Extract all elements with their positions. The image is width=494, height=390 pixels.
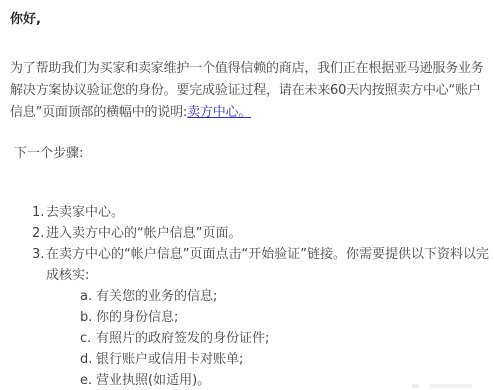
- item-letter: e.: [80, 370, 92, 390]
- item-text: 有照片的政府签发的身份证件;: [96, 331, 269, 346]
- next-steps-heading: 下一个步骤:: [14, 142, 83, 161]
- item-letter: b.: [80, 307, 92, 328]
- item-text: 营业执照(如适用)。: [96, 373, 210, 388]
- step-item: 2. 进入卖方中心的“帐户信息”页面。: [32, 223, 492, 244]
- document-item: d. 银行账户或信用卡对账单;: [80, 349, 492, 370]
- step-number: 3.: [32, 244, 44, 265]
- step-number: 2.: [32, 223, 44, 244]
- document-item: a. 有关您的业务的信息;: [80, 286, 492, 307]
- item-text: 银行账户或信用卡对账单;: [96, 352, 243, 367]
- step-item: 3. 在卖方中心的“帐户信息”页面点击“开始验证”链接。你需要提供以下资料以完成…: [32, 244, 492, 390]
- item-letter: d.: [80, 349, 92, 370]
- item-text: 有关您的业务的信息;: [96, 289, 217, 304]
- document-item: b. 你的身份信息;: [80, 307, 492, 328]
- step-item: 1. 去卖家中心。: [32, 202, 492, 223]
- document-item: c. 有照片的政府签发的身份证件;: [80, 328, 492, 349]
- greeting: 你好,: [10, 8, 41, 27]
- intro-paragraph: 为了帮助我们为买家和卖家维护一个值得信赖的商店，我们正在根据亚马逊服务业务解决方…: [10, 58, 490, 124]
- item-letter: a.: [80, 286, 92, 307]
- required-documents-list: a. 有关您的业务的信息; b. 你的身份信息; c. 有照片的政府签发的身份证…: [46, 286, 492, 390]
- step-text: 去卖家中心。: [46, 205, 124, 220]
- step-text: 在卖方中心的“帐户信息”页面点击“开始验证”链接。你需要提供以下资料以完成核实:: [46, 247, 489, 283]
- email-body: 你好, 为了帮助我们为买家和卖家维护一个值得信赖的商店，我们正在根据亚马逊服务业…: [0, 0, 494, 390]
- step-text: 进入卖方中心的“帐户信息”页面。: [46, 226, 241, 241]
- seller-central-link[interactable]: 卖方中心。: [187, 105, 251, 120]
- item-letter: c.: [80, 328, 91, 349]
- step-number: 1.: [32, 202, 44, 223]
- steps-list: 1. 去卖家中心。 2. 进入卖方中心的“帐户信息”页面。 3. 在卖方中心的“…: [32, 202, 492, 390]
- item-text: 你的身份信息;: [96, 310, 178, 325]
- watermark-faint: [412, 384, 472, 388]
